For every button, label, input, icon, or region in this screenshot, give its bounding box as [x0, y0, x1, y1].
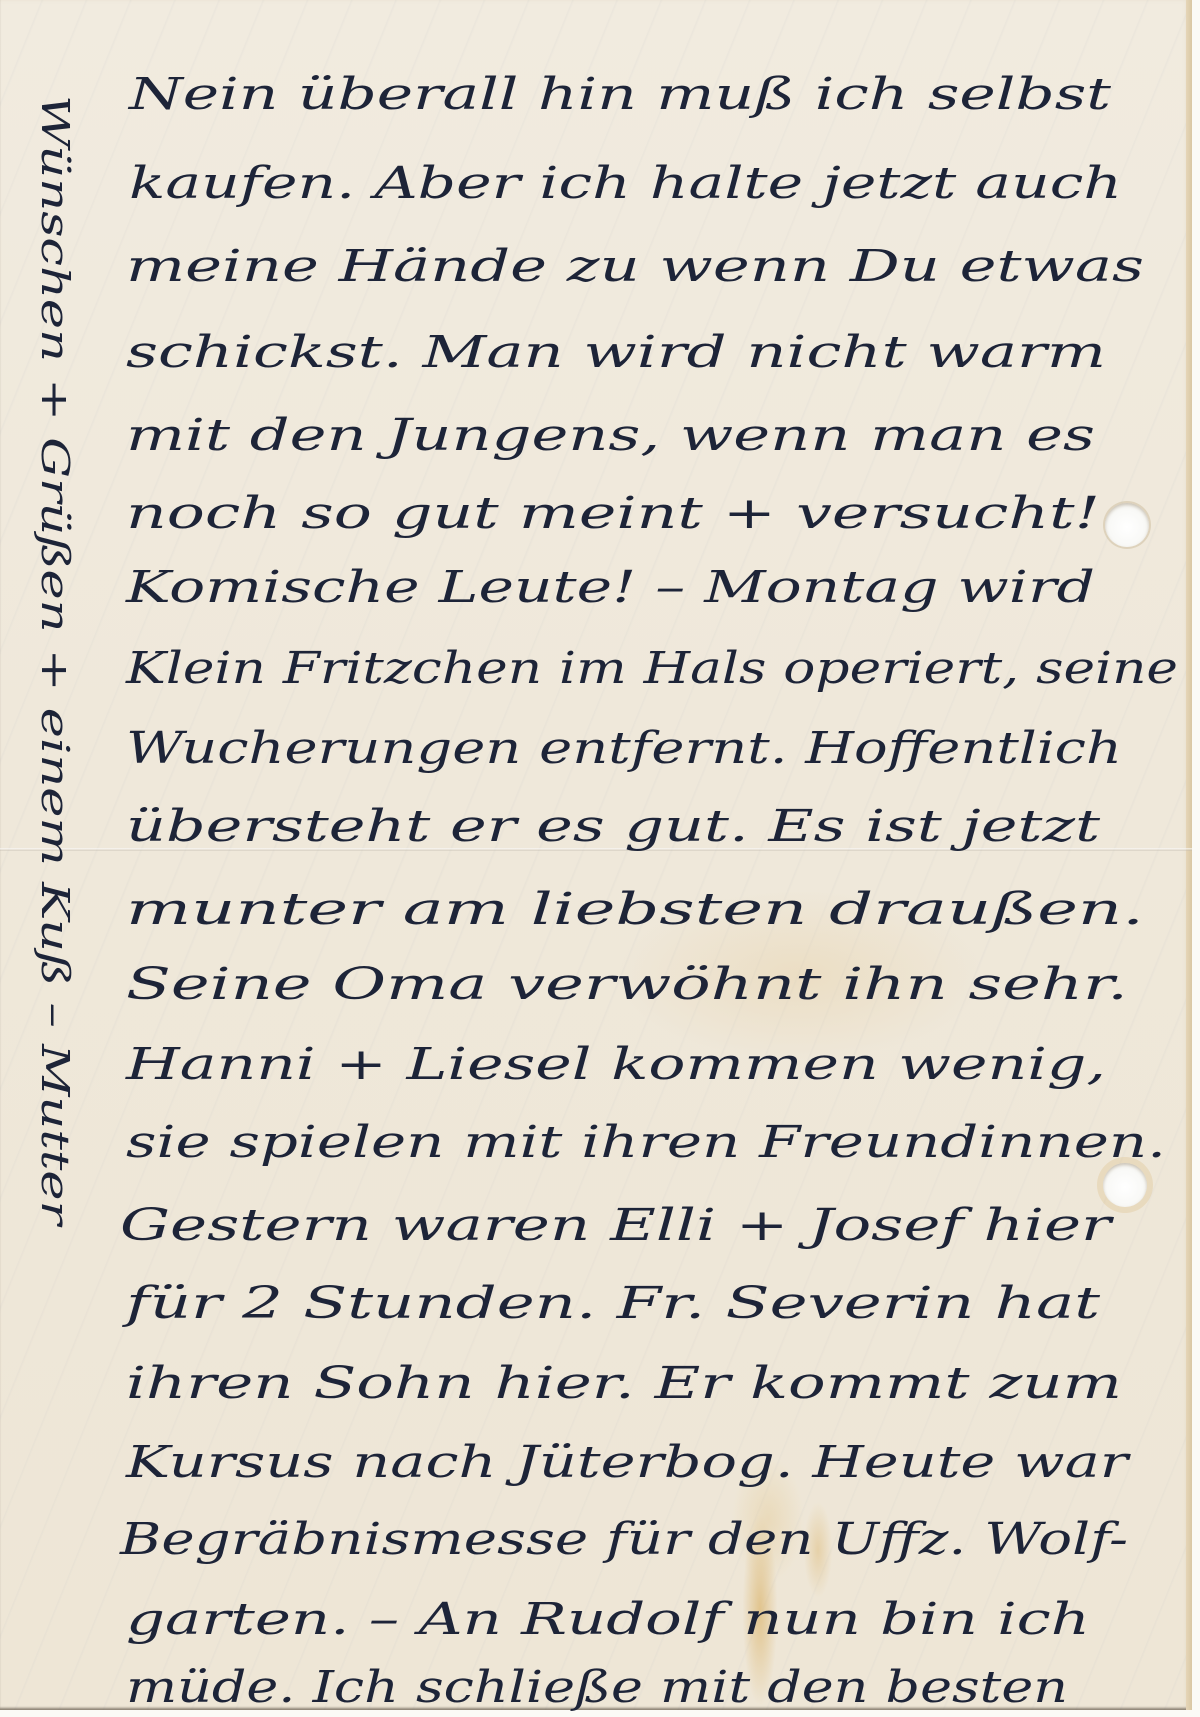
body-line-7: Komische Leute! – Montag wird: [125, 562, 1095, 613]
body-line-3: meine Hände zu wenn Du etwas: [126, 241, 1144, 292]
body-line-12: Seine Oma verwöhnt ihn sehr.: [126, 959, 1128, 1010]
scanned-letter-page: Nein überall hin muß ich selbst kaufen. …: [0, 0, 1200, 1717]
body-line-2: kaufen. Aber ich halte jetzt auch: [129, 158, 1122, 209]
body-line-19: Begräbnismesse für den Uffz. Wolf-: [119, 1514, 1128, 1565]
margin-note-group: Wünschen + Grüßen + einem Kuß – Mutter: [33, 95, 77, 1229]
body-line-14: sie spielen mit ihren Freundinnen.: [126, 1117, 1166, 1168]
body-line-10: übersteht er es gut. Es ist jetzt: [126, 801, 1100, 852]
body-line-8: Klein Fritzchen im Hals operiert, seine: [125, 643, 1178, 694]
body-line-4: schickst. Man wird nicht warm: [126, 327, 1106, 378]
body-line-1: Nein überall hin muß ich selbst: [128, 69, 1112, 120]
body-line-15: Gestern waren Elli + Josef hier: [120, 1200, 1115, 1251]
body-line-13: Hanni + Liesel kommen wenig,: [125, 1039, 1106, 1090]
body-line-9: Wucherungen entfernt. Hoffentlich: [126, 723, 1122, 774]
margin-note: Wünschen + Grüßen + einem Kuß – Mutter: [33, 95, 77, 1229]
handwriting-layer: Nein überall hin muß ich selbst kaufen. …: [0, 0, 1200, 1717]
body-line-6: noch so gut meint + versucht!: [126, 488, 1100, 539]
body-line-18: Kursus nach Jüterbog. Heute war: [125, 1437, 1132, 1488]
body-line-11: munter am liebsten draußen.: [126, 884, 1144, 935]
body-line-20: garten. – An Rudolf nun bin ich: [126, 1594, 1090, 1645]
body-line-5: mit den Jungens, wenn man es: [126, 410, 1095, 461]
body-line-16: für 2 Stunden. Fr. Severin hat: [122, 1278, 1101, 1329]
body-line-21: müde. Ich schließe mit den besten: [126, 1662, 1068, 1713]
body-line-17: ihren Sohn hier. Er kommt zum: [126, 1358, 1122, 1409]
letter-body: Nein überall hin muß ich selbst kaufen. …: [119, 69, 1178, 1713]
